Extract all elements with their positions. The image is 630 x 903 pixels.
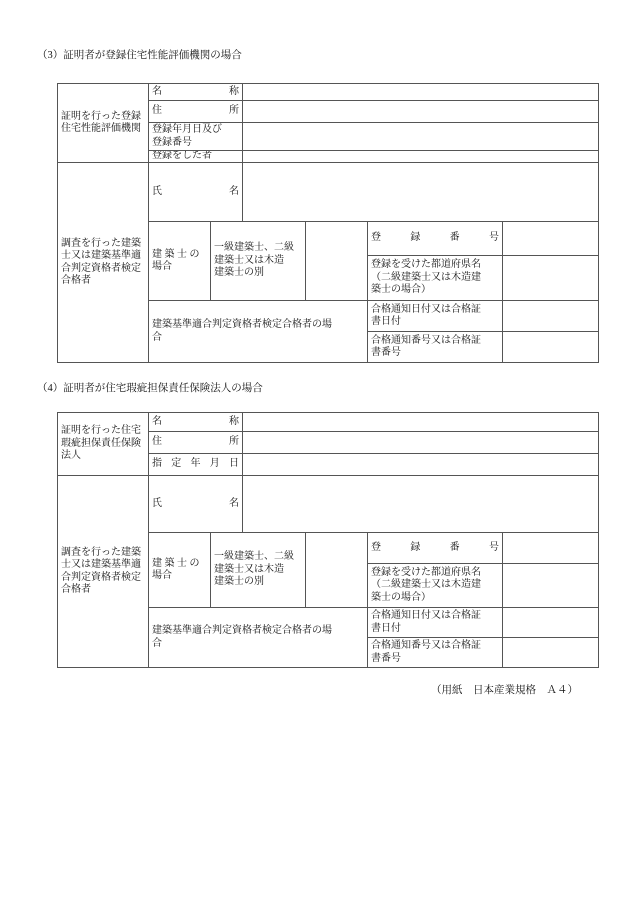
evaluation-fullname-value-cell	[243, 163, 599, 222]
insurance-pass-number-label-cell: 合格通知番号又は合格証 書番号	[368, 638, 503, 668]
pass-date-label: 合格通知日付又は合格証 書日付	[371, 610, 499, 635]
insurance-address-label-cell: 住所	[149, 432, 243, 454]
fullname-label: 氏名	[152, 498, 239, 511]
insurance-fullname-label-cell: 氏名	[149, 476, 243, 533]
evaluation-pass-number-label-cell: 合格通知番号又は合格証 書番号	[368, 332, 503, 363]
evaluation-certifier-group-header: 証明を行った登録 住宅性能評価機関	[58, 84, 149, 163]
evaluation-registration-number-label-cell: 登録番号	[368, 222, 503, 256]
evaluation-fullname-label-cell: 氏名	[149, 163, 243, 222]
insurance-certifier-group-label: 証明を行った住宅 瑕疵担保責任保険 法人	[61, 425, 145, 463]
evaluation-architect-case-cell: 建 築 士 の 場合	[149, 222, 211, 301]
insurance-registration-number-label-cell: 登録番号	[368, 533, 503, 564]
form-document-page: （3）証明者が登録住宅性能評価機関の場合 証明を行った登録 住宅性能評価機関 名…	[0, 0, 630, 903]
evaluation-prefecture-value-cell	[503, 256, 599, 301]
insurance-designation-date-value-cell	[243, 454, 599, 476]
evaluation-name-label: 名称	[152, 86, 239, 99]
evaluation-address-value-cell	[243, 101, 599, 123]
insurance-prefecture-value-cell	[503, 564, 599, 608]
examinee-case-label: 建築基準適合判定資格者検定合格者の場 合	[152, 319, 364, 344]
insurance-certifier-group-header: 証明を行った住宅 瑕疵担保責任保険 法人	[58, 413, 149, 476]
insurance-architect-class-value-cell	[306, 533, 368, 608]
evaluation-pass-date-label-cell: 合格通知日付又は合格証 書日付	[368, 301, 503, 332]
evaluation-investigator-group-header: 調査を行った建築 士又は建築基準適 合判定資格者検定 合格者	[58, 163, 149, 363]
evaluation-certifier-group-label: 証明を行った登録 住宅性能評価機関	[61, 111, 145, 136]
insurance-pass-number-value-cell	[503, 638, 599, 668]
evaluation-registration-value-cell	[243, 123, 599, 151]
evaluation-registrant-label: 登録をした者	[152, 151, 239, 163]
registration-number-label: 登録番号	[371, 542, 499, 555]
pass-number-label: 合格通知番号又は合格証 書番号	[371, 335, 499, 360]
evaluation-registration-number-value-cell	[503, 222, 599, 256]
architect-case-label: 建 築 士 の 場合	[152, 558, 207, 583]
architect-class-label: 一級建築士、二級 建築士又は木造 建築士の別	[214, 242, 302, 280]
insurance-pass-date-value-cell	[503, 608, 599, 638]
pass-date-label: 合格通知日付又は合格証 書日付	[371, 304, 499, 329]
insurance-prefecture-label-cell: 登録を受けた都道府県名 （二級建築士又は木造建 築士の場合）	[368, 564, 503, 608]
evaluation-name-label-cell: 名称	[149, 84, 243, 101]
fullname-label: 氏名	[152, 186, 239, 199]
prefecture-label: 登録を受けた都道府県名 （二級建築士又は木造建 築士の場合）	[371, 567, 499, 605]
investigator-group-label: 調査を行った建築 士又は建築基準適 合判定資格者検定 合格者	[61, 238, 145, 288]
registration-number-label: 登録番号	[371, 232, 499, 245]
insurance-fullname-value-cell	[243, 476, 599, 533]
architect-case-label: 建 築 士 の 場合	[152, 249, 207, 274]
insurance-name-value-cell	[243, 413, 599, 432]
evaluation-registrant-value-cell	[243, 151, 599, 163]
evaluation-registration-label-cell: 登録年月日及び 登録番号	[149, 123, 243, 151]
evaluation-prefecture-label-cell: 登録を受けた都道府県名 （二級建築士又は木造建 築士の場合）	[368, 256, 503, 301]
insurance-name-label-cell: 名称	[149, 413, 243, 432]
insurance-designation-date-label-cell: 指定年月日	[149, 454, 243, 476]
evaluation-address-label: 住所	[152, 105, 239, 118]
evaluation-agency-table: 証明を行った登録 住宅性能評価機関 名称 住所 登録年月日及び 登録番号 登録を…	[57, 83, 599, 363]
insurance-address-label: 住所	[152, 436, 239, 449]
insurance-investigator-group-header: 調査を行った建築 士又は建築基準適 合判定資格者検定 合格者	[58, 476, 149, 668]
insurance-address-value-cell	[243, 432, 599, 454]
evaluation-registration-date-number-label: 登録年月日及び 登録番号	[152, 124, 239, 149]
insurance-architect-class-label-cell: 一級建築士、二級 建築士又は木造 建築士の別	[211, 533, 306, 608]
insurance-pass-date-label-cell: 合格通知日付又は合格証 書日付	[368, 608, 503, 638]
pass-number-label: 合格通知番号又は合格証 書番号	[371, 640, 499, 665]
section3-heading: （3）証明者が登録住宅性能評価機関の場合	[37, 49, 242, 62]
architect-class-label: 一級建築士、二級 建築士又は木造 建築士の別	[214, 551, 302, 589]
insurance-architect-case-cell: 建 築 士 の 場合	[149, 533, 211, 608]
paper-size-note: （用紙 日本産業規格 Ａ４）	[57, 684, 578, 697]
prefecture-label: 登録を受けた都道府県名 （二級建築士又は木造建 築士の場合）	[371, 259, 499, 297]
evaluation-name-value-cell	[243, 84, 599, 101]
insurance-examinee-case-cell: 建築基準適合判定資格者検定合格者の場 合	[149, 608, 368, 668]
insurance-registration-number-value-cell	[503, 533, 599, 564]
evaluation-pass-number-value-cell	[503, 332, 599, 363]
evaluation-pass-date-value-cell	[503, 301, 599, 332]
investigator-group-label: 調査を行った建築 士又は建築基準適 合判定資格者検定 合格者	[61, 547, 145, 597]
section4-heading: （4）証明者が住宅瑕疵担保責任保険法人の場合	[37, 382, 263, 395]
examinee-case-label: 建築基準適合判定資格者検定合格者の場 合	[152, 625, 364, 650]
insurance-name-label: 名称	[152, 416, 239, 429]
evaluation-architect-class-label-cell: 一級建築士、二級 建築士又は木造 建築士の別	[211, 222, 306, 301]
evaluation-registrant-label-cell: 登録をした者	[149, 151, 243, 163]
evaluation-examinee-case-cell: 建築基準適合判定資格者検定合格者の場 合	[149, 301, 368, 363]
insurance-designation-date-label: 指定年月日	[152, 458, 239, 471]
insurance-corporation-table: 証明を行った住宅 瑕疵担保責任保険 法人 名称 住所 指定年月日 調査を行った建…	[57, 412, 599, 668]
evaluation-architect-class-value-cell	[306, 222, 368, 301]
evaluation-address-label-cell: 住所	[149, 101, 243, 123]
